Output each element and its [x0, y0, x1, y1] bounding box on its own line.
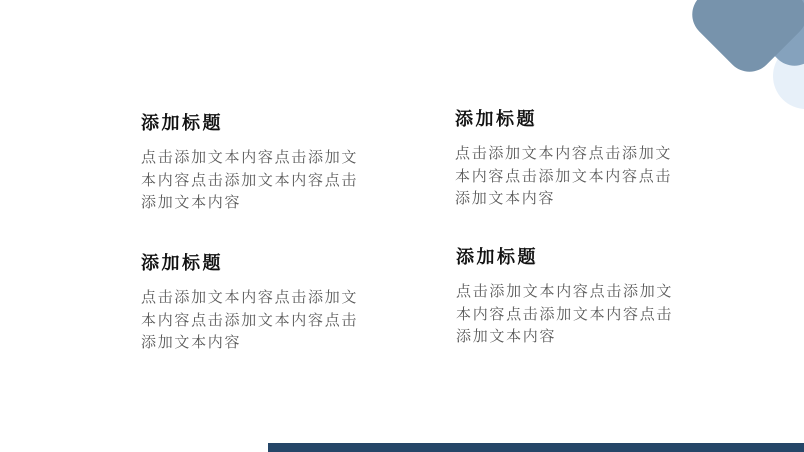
block-body: 点击添加文本内容点击添加文本内容点击添加文本内容点击添加文本内容 [455, 143, 685, 211]
block-title: 添加标题 [455, 107, 695, 131]
slide-canvas: 添加标题 点击添加文本内容点击添加文本内容点击添加文本内容点击添加文本内容 添加… [0, 0, 804, 452]
text-block-top-left: 添加标题 点击添加文本内容点击添加文本内容点击添加文本内容点击添加文本内容 [141, 111, 381, 215]
block-title: 添加标题 [141, 251, 381, 275]
block-body: 点击添加文本内容点击添加文本内容点击添加文本内容点击添加文本内容 [456, 281, 686, 349]
bottom-accent-bar [268, 443, 804, 452]
block-body: 点击添加文本内容点击添加文本内容点击添加文本内容点击添加文本内容 [141, 287, 371, 355]
text-block-bottom-left: 添加标题 点击添加文本内容点击添加文本内容点击添加文本内容点击添加文本内容 [141, 251, 381, 355]
block-title: 添加标题 [141, 111, 381, 135]
block-title: 添加标题 [456, 245, 696, 269]
text-block-bottom-right: 添加标题 点击添加文本内容点击添加文本内容点击添加文本内容点击添加文本内容 [456, 245, 696, 349]
block-body: 点击添加文本内容点击添加文本内容点击添加文本内容点击添加文本内容 [141, 147, 371, 215]
text-block-top-right: 添加标题 点击添加文本内容点击添加文本内容点击添加文本内容点击添加文本内容 [455, 107, 695, 211]
